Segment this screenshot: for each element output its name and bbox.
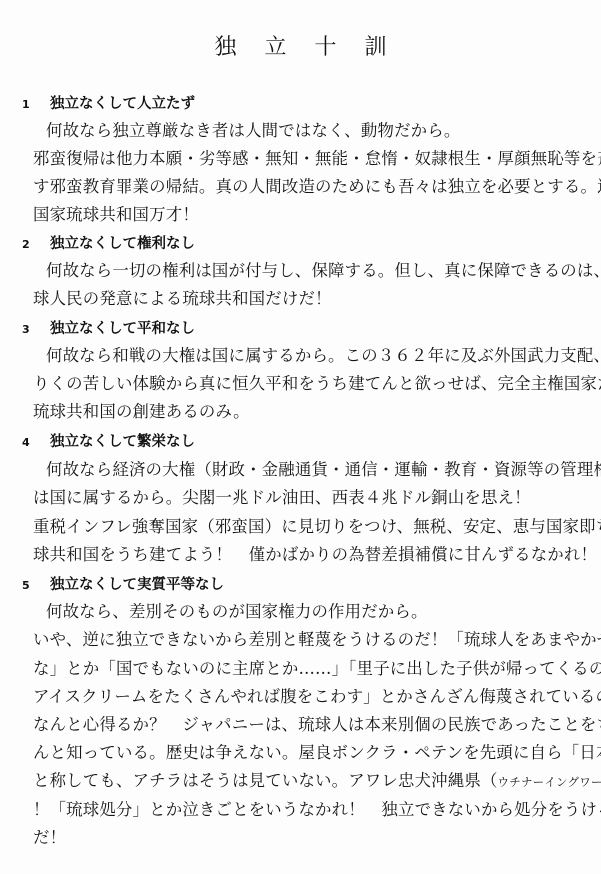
- text-line: な」とか「国でもないのに主席とか……」「里子に出した子供が帰ってくるのに: [33, 659, 593, 679]
- text-line: 邪蛮復帰は他力本願・劣等感・無知・無能・怠惰・奴隷根生・厚顔無恥等を斎ら: [33, 149, 593, 169]
- text-line: は国に属するから。尖閣一兆ドル油田、西表４兆ドル銅山を思え！: [33, 488, 593, 508]
- text-line: 琉球共和国の創建あるのみ。: [33, 402, 593, 422]
- text-line: 重税インフレ強奪国家（邪蛮国）に見切りをつけ、無税、安定、恵与国家即ち琉: [33, 517, 593, 537]
- text-line: 何故なら一切の権利は国が付与し、保障する。但し、真に保障できるのは、琉: [46, 261, 601, 281]
- section-heading-3: 3独立なくして平和なし: [22, 320, 195, 338]
- page-title: 独立十訓: [0, 30, 601, 61]
- section-heading-4: 4独立なくして繁栄なし: [22, 433, 195, 451]
- text-line: 何故なら経済の大権（財政・金融通貨・通信・運輸・教育・資源等の管理権）: [46, 460, 601, 480]
- section-number: 2: [22, 236, 50, 254]
- document-page: 独立十訓 1独立なくして人立たず 何故なら独立尊厳なき者は人間ではなく、動物だか…: [0, 0, 601, 874]
- text-line: 球人民の発意による琉球共和国だけだ！: [33, 289, 593, 309]
- section-number: 1: [22, 96, 50, 114]
- text-line: ！「琉球処分」とか泣きごとをいうなかれ！ 独立できないから処分をうけるの: [33, 800, 593, 820]
- text-line: 球共和国をうち建てよう！ 僅かばかりの為替差損補償に甘んずるなかれ！: [33, 545, 593, 565]
- section-title: 独立なくして権利なし: [50, 236, 195, 252]
- text-line: 何故なら独立尊厳なき者は人間ではなく、動物だから。: [46, 121, 601, 141]
- section-heading-2: 2独立なくして権利なし: [22, 235, 195, 253]
- text-line: んと知っている。歴史は争えない。屋良ボンクラ・ペテンを先頭に自ら「日本人」: [33, 743, 593, 763]
- text-annotation-small: ウチナーイングワー: [498, 775, 601, 789]
- text-segment: と称しても、アチラはそうは見ていない。アワレ忠犬沖縄県（: [33, 771, 498, 790]
- text-line: アイスクリームをたくさんやれば腹をこわす」とかさんざん侮蔑されているのを: [33, 687, 593, 707]
- text-line: と称しても、アチラはそうは見ていない。アワレ忠犬沖縄県（ウチナーイングワー）: [33, 771, 593, 791]
- text-line: す邪蛮教育罪業の帰結。真の人間改造のためにも吾々は独立を必要とする。道理: [33, 177, 593, 197]
- section-heading-1: 1独立なくして人立たず: [22, 95, 195, 113]
- text-line: 国家琉球共和国万才！: [33, 205, 593, 225]
- section-title: 独立なくして人立たず: [50, 96, 195, 112]
- section-title: 独立なくして平和なし: [50, 321, 195, 337]
- section-number: 4: [22, 434, 50, 452]
- text-line: だ！: [33, 828, 593, 848]
- text-line: りくの苦しい体験から真に恒久平和をうち建てんと欲っせば、完全主権国家たる: [33, 374, 593, 394]
- text-line: 何故なら和戦の大権は国に属するから。この３６２年に及ぶ外国武力支配、殺: [46, 346, 601, 366]
- section-title: 独立なくして繁栄なし: [50, 434, 195, 450]
- text-line: 何故なら、差別そのものが国家権力の作用だから。: [46, 602, 601, 622]
- section-heading-5: 5独立なくして実質平等なし: [22, 576, 224, 594]
- section-title: 独立なくして実質平等なし: [50, 577, 224, 593]
- text-line: いや、逆に独立できないから差別と軽蔑をうけるのだ！「琉球人をあまやかせる: [33, 630, 593, 650]
- text-line: なんと心得るか？ ジャパニーは、琉球人は本来別個の民族であったことをちゃ: [33, 715, 593, 735]
- section-number: 5: [22, 577, 50, 595]
- section-number: 3: [22, 321, 50, 339]
